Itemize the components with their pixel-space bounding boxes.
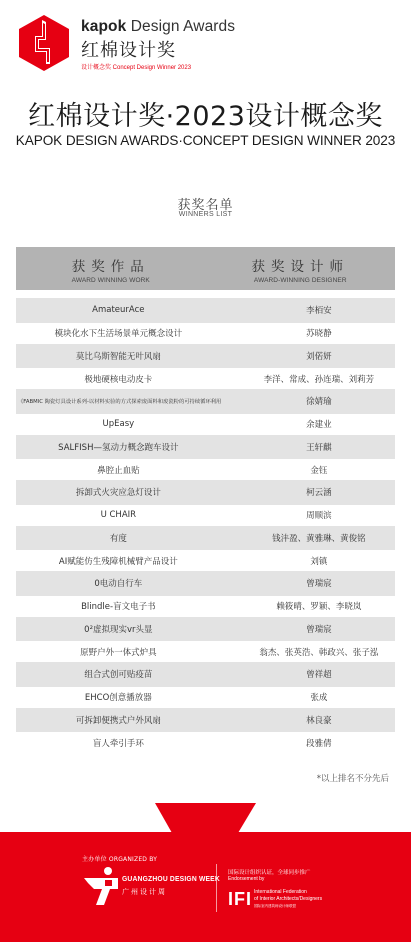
cell-work: U CHAIR <box>16 510 221 520</box>
table-row: SALFISH—氢动力概念跑车设计王轩麒 <box>16 435 395 460</box>
cell-designer: 曾瑞宸 <box>221 577 395 589</box>
cell-work: 0电动自行车 <box>16 577 221 589</box>
table-row: 极地硬核电动皮卡李洋、常成、孙连瑞、刘莉芳 <box>16 368 395 389</box>
cell-work: SALFISH—氢动力概念跑车设计 <box>16 441 221 453</box>
cell-work: 鼻腔止血贴 <box>16 464 221 476</box>
table-row: UpEasy余建业 <box>16 414 395 435</box>
table-row: 《FABMIC 陶瓷灯具设计系列-以材料实验的方式探索废面料和废瓷粉的可持续循环… <box>16 389 395 414</box>
page-title: 红棉设计奖·2023设计概念奖 <box>0 94 411 133</box>
table-row: AI赋能仿生残障机械臂产品设计刘镇 <box>16 550 395 571</box>
cell-work: UpEasy <box>16 419 221 429</box>
cell-designer: 赖筱晴、罗颖、李晓岚 <box>221 600 395 612</box>
organizer-name-en: GUANGZHOU DESIGN WEEK <box>122 874 220 883</box>
guangzhou-design-week-logo-icon <box>82 865 124 907</box>
cell-work: 莫比乌斯智能无叶风扇 <box>16 350 221 362</box>
ifi-logo-icon: IFI <box>228 889 252 910</box>
cell-work: 组合式创可贴疫苗 <box>16 668 221 680</box>
cell-designer: 张成 <box>221 691 395 703</box>
table-body: AmateurAce李栢安 模块化水下生活场景单元概念设计苏晓静 莫比乌斯智能无… <box>16 298 395 753</box>
organized-by-label: 主办单位 ORGANIZED BY <box>82 854 157 863</box>
cell-work: 极地硬核电动皮卡 <box>16 373 221 385</box>
cell-designer: 余建业 <box>221 418 395 430</box>
cell-designer: 段雅倩 <box>221 737 395 749</box>
ifi-full-name: International Federation of Interior Arc… <box>254 889 322 909</box>
table-row: U CHAIR周顺滨 <box>16 505 395 526</box>
cell-designer: 李洋、常成、孙连瑞、刘莉芳 <box>221 373 395 385</box>
cell-work: AI赋能仿生残障机械臂产品设计 <box>16 555 221 567</box>
table-row: 盲人牵引手环段雅倩 <box>16 732 395 753</box>
footer-banner: 主办单位 ORGANIZED BY GUANGZHOU DESIGN WEEK … <box>0 832 411 942</box>
cell-designer: 王轩麒 <box>221 441 395 453</box>
cell-designer: 周顺滨 <box>221 509 395 521</box>
header-award-designer: 获奖设计师 AWARD-WINNING DESIGNER <box>206 247 396 290</box>
cell-designer: 钱沣盈、黄雅琳、黄俊铭 <box>221 532 395 544</box>
endorsement-cn: 国际设计组织认证，全球同步推广 <box>228 868 311 876</box>
table-row: 拆卸式火灾应急灯设计柯云涵 <box>16 480 395 505</box>
table-row: 有度钱沣盈、黄雅琳、黄俊铭 <box>16 526 395 551</box>
cell-designer: 金钰 <box>221 464 395 476</box>
cell-designer: 刘镇 <box>221 555 395 567</box>
cell-designer: 徐婧瑜 <box>221 395 395 407</box>
brand-name-rest: Design Awards <box>126 18 235 35</box>
header-designer-cn: 获奖设计师 <box>206 255 396 275</box>
brand-name-en: kapok Design Awards <box>81 18 235 36</box>
cell-designer: 曾祥超 <box>221 668 395 680</box>
ifi-line-1: International Federation <box>254 889 322 896</box>
header-work-en: AWARD WINNING WORK <box>16 277 206 284</box>
endorsement-en: Endorsement by <box>228 876 264 882</box>
cell-work: AmateurAce <box>16 305 221 315</box>
cell-designer: 曾瑞宸 <box>221 623 395 635</box>
footer-trapezoid-decoration <box>0 803 411 833</box>
ifi-line-3: 国际室内建筑师设计师联盟 <box>254 903 322 910</box>
cell-designer: 林良豪 <box>221 714 395 726</box>
table-row: 原野户外一体式炉具翁杰、张英浩、韩政兴、张子泓 <box>16 641 395 662</box>
winners-list-title-en: WINNERS LIST <box>0 211 411 218</box>
cell-designer: 李栢安 <box>221 304 395 316</box>
table-row: 组合式创可贴疫苗曾祥超 <box>16 662 395 687</box>
cell-work: Blindle-盲文电子书 <box>16 600 221 612</box>
cell-work: 原野户外一体式炉具 <box>16 646 221 658</box>
kapok-hexagon-logo-icon <box>15 14 73 72</box>
table-row: AmateurAce李栢安 <box>16 298 395 323</box>
ifi-line-2: of Interior Architects/Designers <box>254 896 322 903</box>
table-row: 可拆卸便携式户外风扇林良豪 <box>16 708 395 733</box>
winners-table: 获奖作品 AWARD WINNING WORK 获奖设计师 AWARD-WINN… <box>16 247 395 753</box>
cell-work: 可拆卸便携式户外风扇 <box>16 714 221 726</box>
page-title-en: KAPOK DESIGN AWARDS·CONCEPT DESIGN WINNE… <box>0 133 411 148</box>
cell-work: 0²虚拟现实vr头显 <box>16 623 221 635</box>
cell-work: 模块化水下生活场景单元概念设计 <box>16 327 221 339</box>
cell-work: 拆卸式火灾应急灯设计 <box>16 486 221 498</box>
header-work-cn: 获奖作品 <box>16 255 206 275</box>
brand-name-bold: kapok <box>81 18 126 35</box>
table-row: 0电动自行车曾瑞宸 <box>16 571 395 596</box>
cell-designer: 刘偌妍 <box>221 350 395 362</box>
table-row: EHCO创意播放器张成 <box>16 687 395 708</box>
cell-work: 有度 <box>16 532 221 544</box>
header-award-work: 获奖作品 AWARD WINNING WORK <box>16 247 206 290</box>
brand-logo-block: kapok Design Awards 红棉设计奖 设计概念奖 Concept … <box>15 14 255 72</box>
brand-name-cn: 红棉设计奖 <box>81 36 176 62</box>
table-row: 鼻腔止血贴金钰 <box>16 459 395 480</box>
cell-designer: 翁杰、张英浩、韩政兴、张子泓 <box>221 646 395 658</box>
cell-work: 《FABMIC 陶瓷灯具设计系列-以材料实验的方式探索废面料和废瓷粉的可持续循环… <box>16 397 221 405</box>
cell-work: EHCO创意播放器 <box>16 691 221 703</box>
cell-designer: 柯云涵 <box>221 486 395 498</box>
header-designer-en: AWARD-WINNING DESIGNER <box>206 277 396 284</box>
footer-divider <box>216 864 217 912</box>
ranking-note: *以上排名不分先后 <box>317 772 389 784</box>
table-row: 模块化水下生活场景单元概念设计苏晓静 <box>16 323 395 344</box>
brand-subtitle: 设计概念奖 Concept Design Winner 2023 <box>81 62 191 71</box>
cell-work: 盲人牵引手环 <box>16 737 221 749</box>
table-row: 莫比乌斯智能无叶风扇刘偌妍 <box>16 344 395 369</box>
table-row: 0²虚拟现实vr头显曾瑞宸 <box>16 617 395 642</box>
table-header: 获奖作品 AWARD WINNING WORK 获奖设计师 AWARD-WINN… <box>16 247 395 290</box>
cell-designer: 苏晓静 <box>221 327 395 339</box>
organizer-name-cn: 广州设计周 <box>122 887 167 897</box>
table-row: Blindle-盲文电子书赖筱晴、罗颖、李晓岚 <box>16 596 395 617</box>
